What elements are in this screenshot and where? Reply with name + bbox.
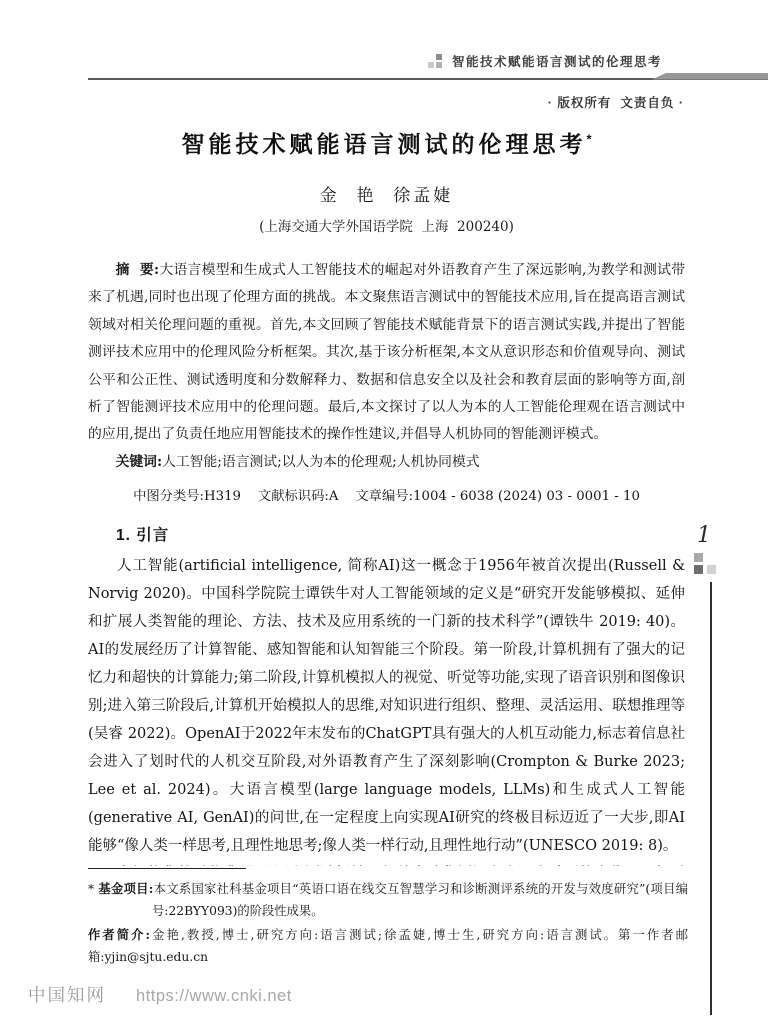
footnote-fund: * 基金项目:本文系国家社科基金项目“英语口语在线交互智慧学习和诊断测评系统的开… <box>88 878 688 922</box>
fund-text: 本文系国家社科基金项目“英语口语在线交互智慧学习和诊断测评系统的开发与效度研究”… <box>152 882 688 918</box>
clc-line: 中图分类号:H319 文献标识码:A 文章编号:1004 - 6038 (202… <box>88 485 685 504</box>
cnki-site-url: https://www.cnki.net <box>136 987 292 1006</box>
abstract: 摘 要:大语言模型和生成式人工智能技术的崛起对外语教育产生了深远影响,为教学和测… <box>88 257 685 449</box>
footnote-bio: 作者简介:金艳,教授,博士,研究方向:语言测试;徐孟婕,博士生,研究方向:语言测… <box>88 924 688 968</box>
footnote-separator <box>88 868 246 869</box>
margin-vertical-rule <box>710 582 712 1015</box>
abstract-text: 大语言模型和生成式人工智能技术的崛起对外语教育产生了深远影响,为教学和测试带来了… <box>88 262 685 442</box>
authors: 金 艳 徐孟婕 <box>88 181 685 206</box>
header-squares-icon <box>428 54 443 68</box>
article-title-text: 智能技术赋能语言测试的伦理思考 <box>181 131 586 157</box>
footer: 中国知网 https://www.cnki.net <box>28 982 292 1007</box>
margin-squares-icon <box>694 553 718 575</box>
fund-label: 基金项目: <box>98 881 153 896</box>
keywords-label: 关键词: <box>116 454 162 470</box>
page-number: 1 <box>697 523 711 548</box>
section-heading-introduction: 1. 引言 <box>116 523 685 545</box>
keywords: 关键词:人工智能;语言测试;以人为本的伦理观;人机协同模式 <box>88 449 685 476</box>
article-title: 智能技术赋能语言测试的伦理思考* <box>88 126 685 159</box>
footnote-marker: * <box>88 882 98 896</box>
footnote-area: * 基金项目:本文系国家社科基金项目“英语口语在线交互智慧学习和诊断测评系统的开… <box>88 868 688 968</box>
bio-label: 作者简介: <box>88 927 150 942</box>
running-head: 智能技术赋能语言测试的伦理思考 <box>428 52 662 70</box>
article-body: 智能技术赋能语言测试的伦理思考* 金 艳 徐孟婕 (上海交通大学外国语学院 上海… <box>88 110 685 866</box>
bio-text: 金艳,教授,博士,研究方向:语言测试;徐孟婕,博士生,研究方向:语言测试。第一作… <box>88 928 688 964</box>
affiliation: (上海交通大学外国语学院 上海 200240) <box>88 215 685 235</box>
running-title: 智能技术赋能语言测试的伦理思考 <box>452 52 662 70</box>
paragraph-1: 人工智能(artificial intelligence, 简称AI)这一概念于… <box>88 552 685 860</box>
header-wedge <box>652 73 768 80</box>
abstract-label: 摘 要: <box>116 262 159 278</box>
copyright-notice: · 版权所有 文责自负 · <box>548 93 684 111</box>
paragraph-2: 在智能化的时代背景下,语言测试领域正朝着自动化测评方向迈出重要的步伐。人机对话、… <box>88 860 685 866</box>
title-footnote-marker: * <box>586 131 591 146</box>
keywords-text: 人工智能;语言测试;以人为本的伦理观;人机协同模式 <box>162 454 479 470</box>
cnki-site-name: 中国知网 <box>28 982 106 1007</box>
